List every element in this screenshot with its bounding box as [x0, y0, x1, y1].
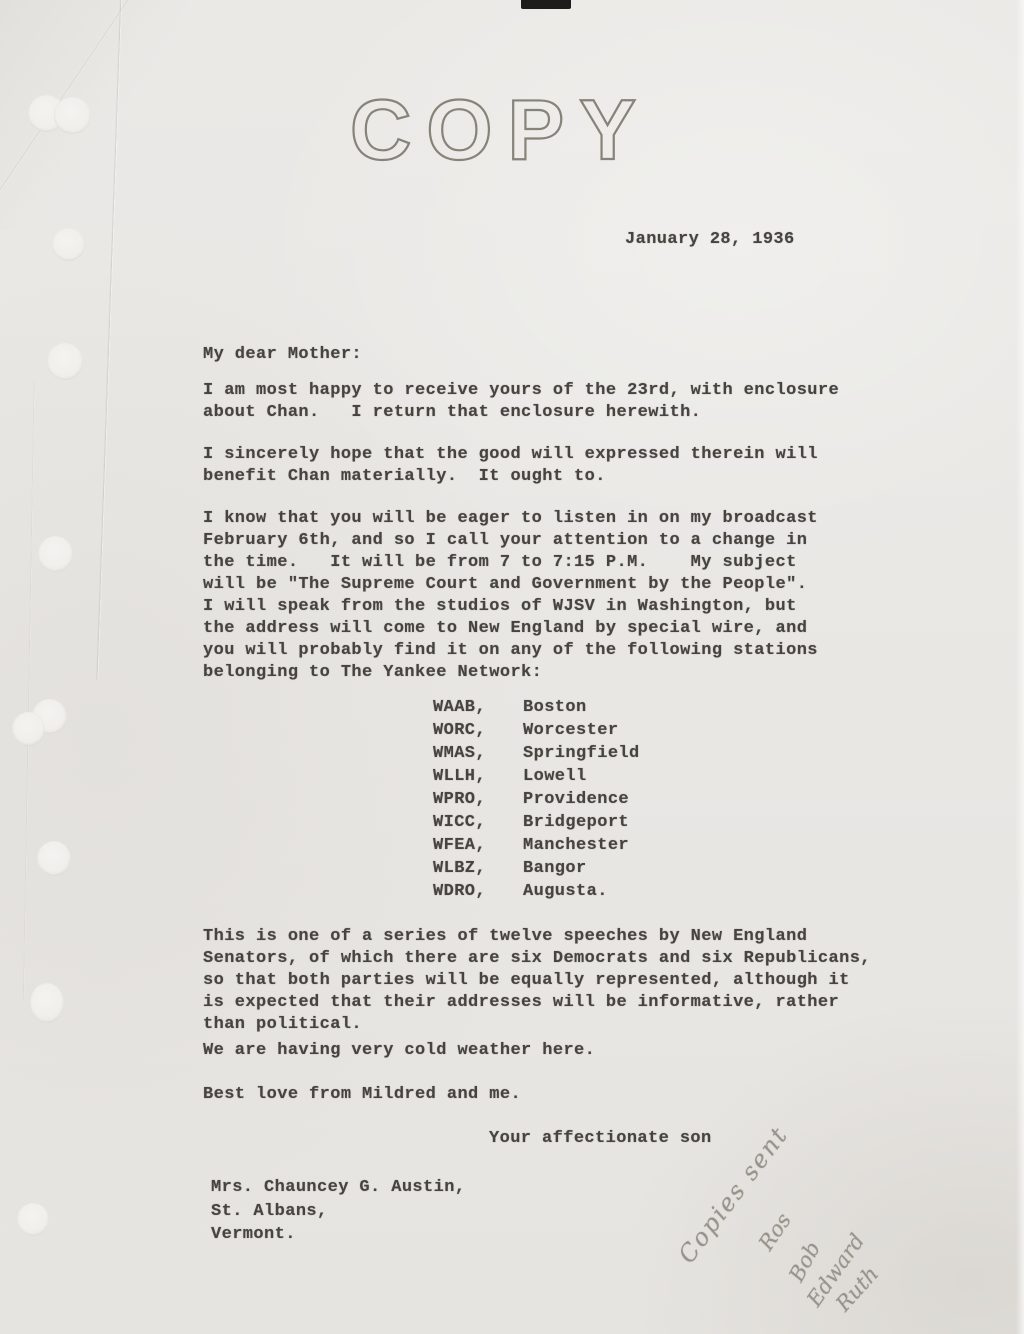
punch-hole: [17, 1203, 49, 1236]
station-city: Lowell: [523, 767, 587, 786]
station-call: WFEA,: [433, 836, 523, 855]
station-row: WORC,Worcester: [433, 721, 640, 744]
handwritten-name-ros: Ros: [754, 1209, 796, 1255]
recipient-address: Mrs. Chauncey G. Austin, St. Albans, Ver…: [211, 1176, 465, 1247]
station-call: WPRO,: [433, 790, 523, 809]
station-row: WLLH,Lowell: [433, 767, 640, 790]
letter-page: COPY January 28, 1936 My dear Mother: I …: [0, 0, 1024, 1334]
station-row: WICC,Bridgeport: [433, 813, 640, 836]
copy-stamp: COPY: [350, 82, 651, 180]
left-edge-crease: [23, 380, 36, 1000]
paragraph-enclosure: I am most happy to receive yours of the …: [203, 380, 839, 424]
station-city: Bangor: [523, 859, 587, 878]
station-call: WDRO,: [433, 882, 523, 901]
punch-hole: [12, 712, 45, 746]
punch-hole: [52, 228, 85, 261]
salutation: My dear Mother:: [203, 344, 362, 366]
station-call: WAAB,: [433, 698, 523, 717]
station-row: WAAB,Boston: [433, 698, 640, 721]
station-call: WLBZ,: [433, 859, 523, 878]
punch-hole: [38, 536, 73, 572]
station-city: Providence: [523, 790, 629, 809]
station-row: WPRO,Providence: [433, 790, 640, 813]
station-row: WFEA,Manchester: [433, 836, 640, 859]
station-call: WMAS,: [433, 744, 523, 763]
punch-hole: [47, 343, 83, 380]
station-list: WAAB,Boston WORC,Worcester WMAS,Springfi…: [433, 698, 640, 905]
station-row: WDRO,Augusta.: [433, 882, 640, 905]
station-city: Augusta.: [523, 882, 608, 901]
paragraph-senators: This is one of a series of twelve speech…: [203, 926, 871, 1036]
paragraph-best-love: Best love from Mildred and me.: [203, 1084, 521, 1106]
station-city: Bridgeport: [523, 813, 629, 832]
paragraph-goodwill: I sincerely hope that the good will expr…: [203, 444, 818, 488]
station-call: WLLH,: [433, 767, 523, 786]
punch-hole: [54, 97, 91, 134]
station-call: WORC,: [433, 721, 523, 740]
station-city: Worcester: [523, 721, 618, 740]
right-edge-highlight: [1016, 0, 1024, 1334]
punch-hole: [37, 841, 71, 876]
punch-hole: [30, 983, 64, 1023]
station-city: Springfield: [523, 744, 640, 763]
station-row: WMAS,Springfield: [433, 744, 640, 767]
station-city: Boston: [523, 698, 587, 717]
paragraph-broadcast: I know that you will be eager to listen …: [203, 508, 818, 684]
station-row: WLBZ,Bangor: [433, 859, 640, 882]
valediction: Your affectionate son: [489, 1128, 712, 1150]
scan-artifact-top-mark: [521, 0, 571, 9]
station-city: Manchester: [523, 836, 629, 855]
paragraph-weather: We are having very cold weather here.: [203, 1040, 595, 1062]
date-line: January 28, 1936: [625, 229, 795, 251]
station-call: WICC,: [433, 813, 523, 832]
